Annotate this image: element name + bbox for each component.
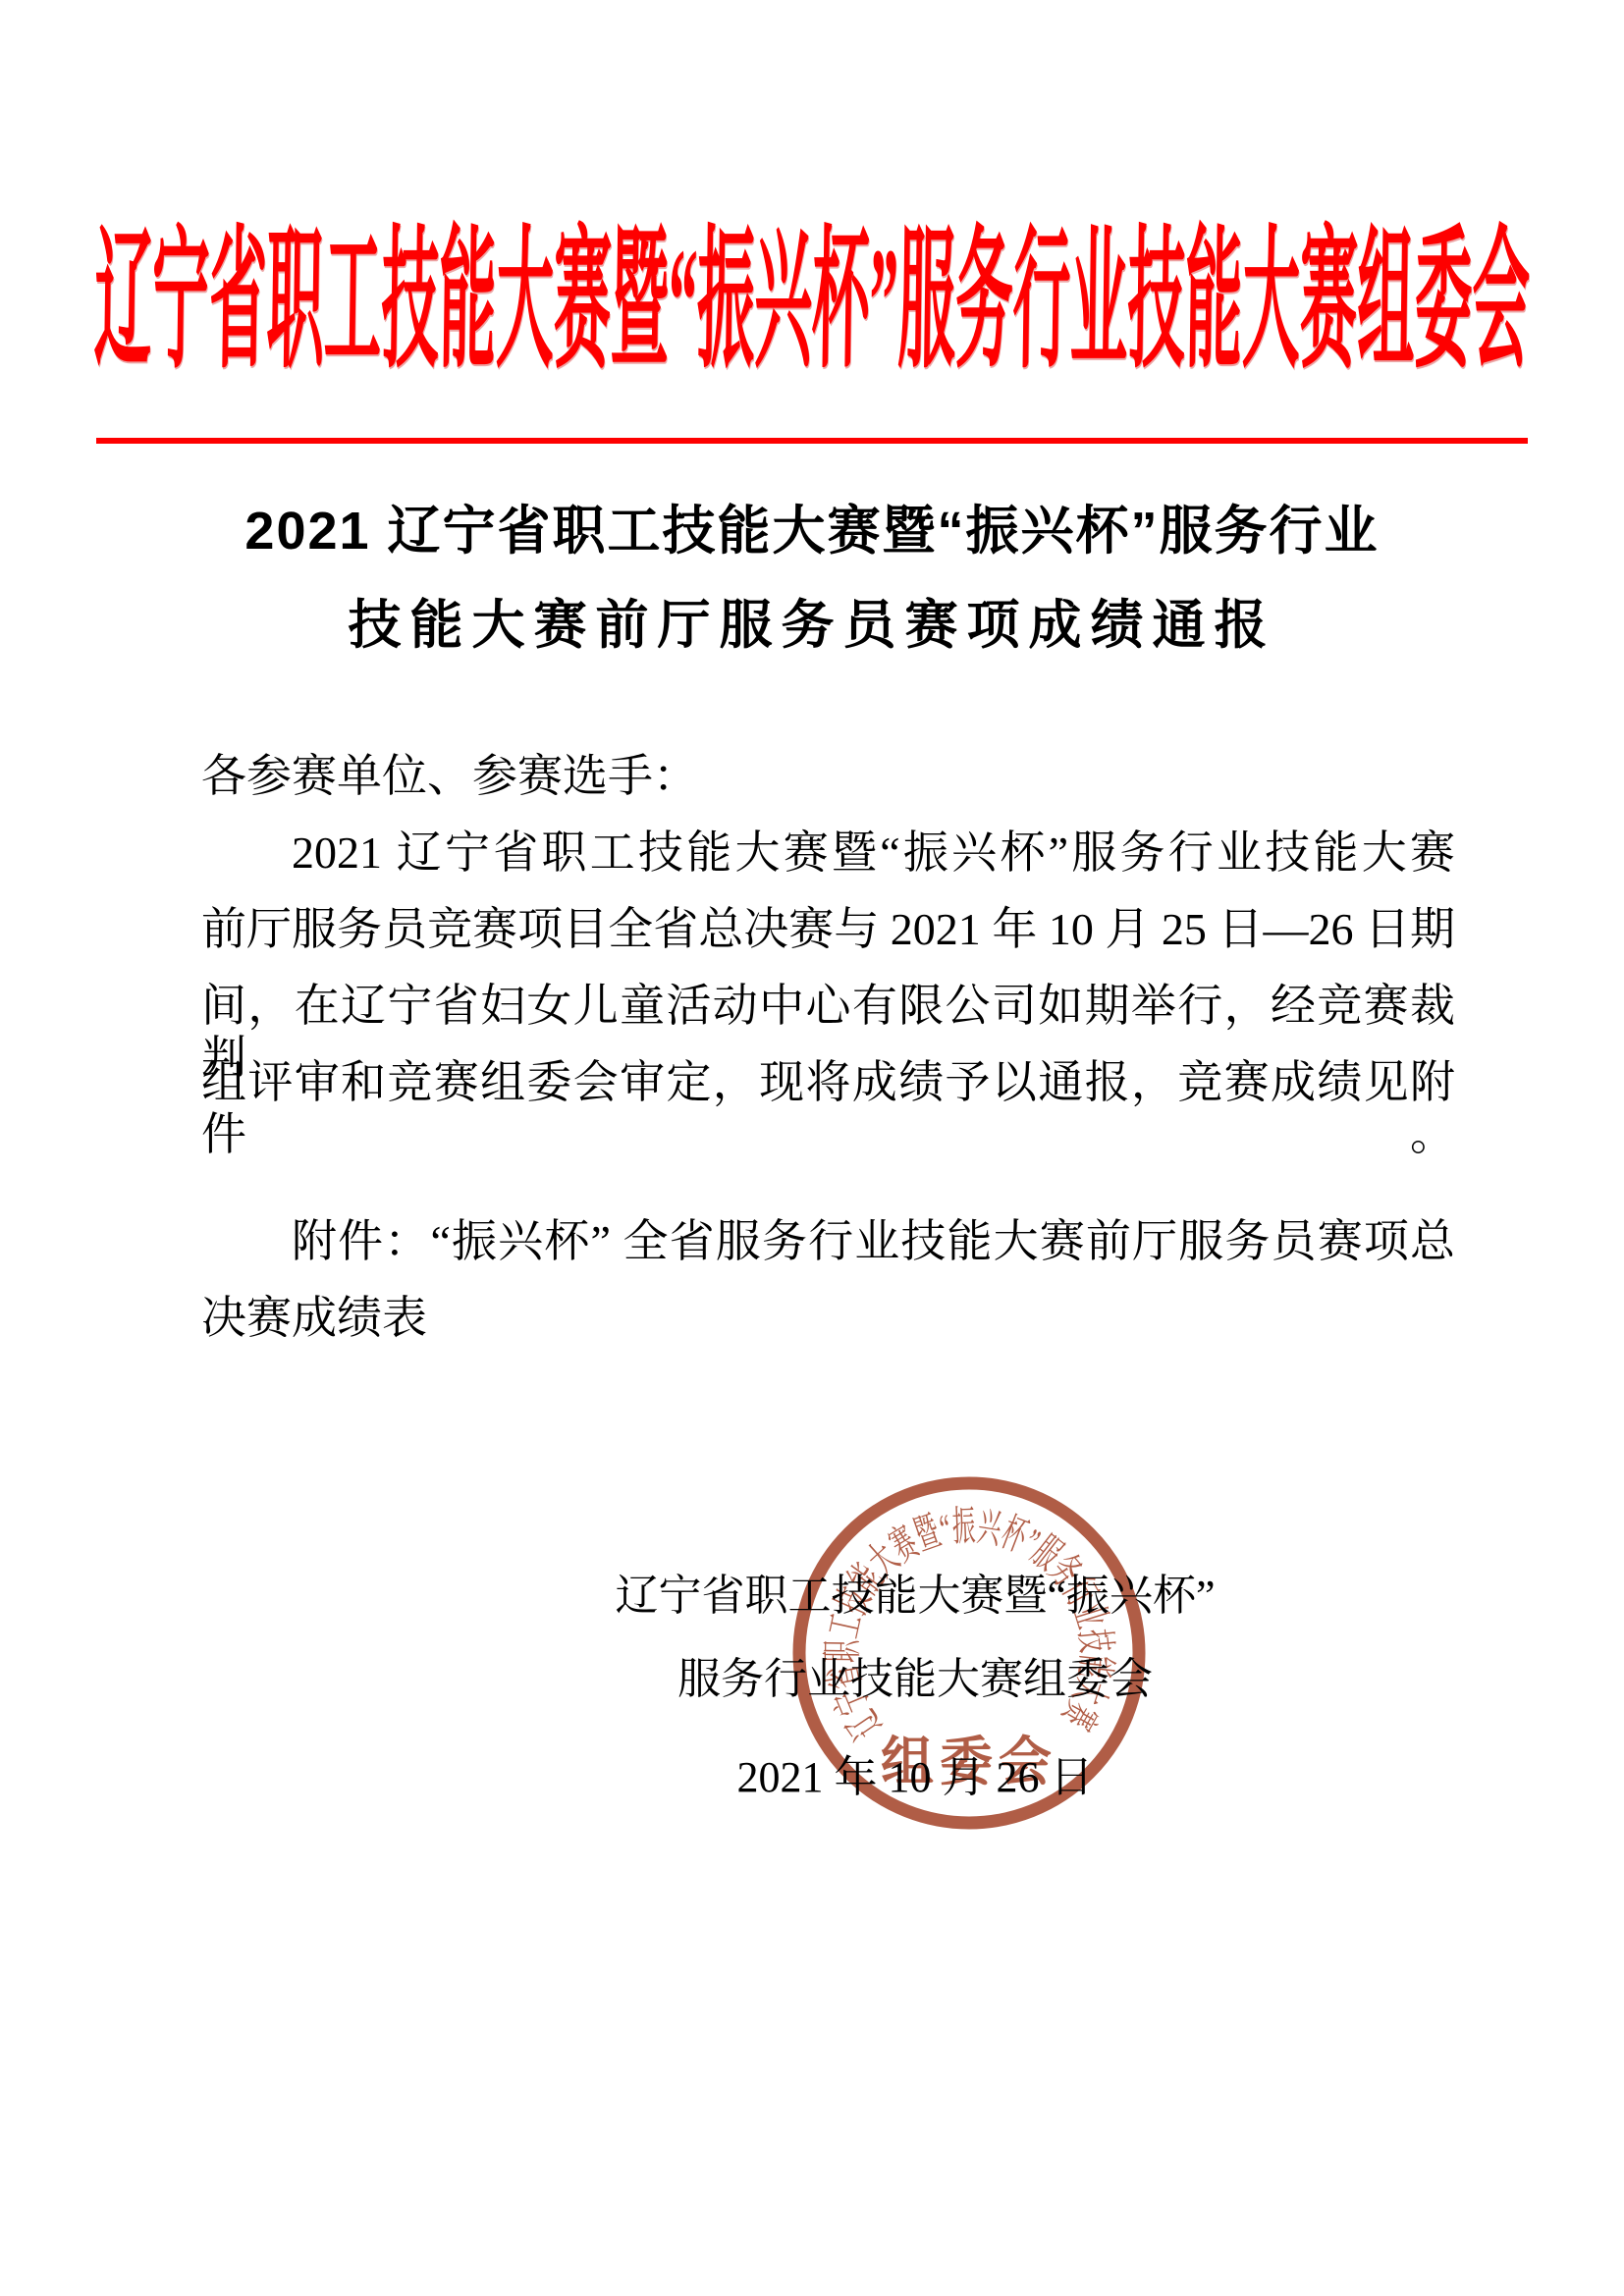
- doc-title-line2: 技能大赛前厅服务员赛项成绩通报: [0, 599, 1624, 652]
- letterhead-divider-rule: [96, 438, 1528, 444]
- document-page: 辽宁省职工技能大赛暨“振兴杯”服务行业技能大赛组委会 2021 辽宁省职工技能大…: [0, 0, 1624, 2296]
- official-seal: 辽宁省职工技能大赛暨“振兴杯”服务行业技能大赛 组委会: [766, 1448, 1188, 1860]
- attachment-line: 决赛成绩表: [201, 1293, 1455, 1354]
- paragraph-line: 2021 辽宁省职工技能大赛暨“振兴杯”服务行业技能大赛: [201, 828, 1455, 888]
- seal-ring-text-holder: 辽宁省职工技能大赛暨“振兴杯”服务行业技能大赛: [821, 1505, 1119, 1746]
- letterhead-org-name: 辽宁省职工技能大赛暨“振兴杯”服务行业技能大赛组委会: [93, 226, 1531, 379]
- paragraph-line: 前厅服务员竞赛项目全省总决赛与 2021 年 10 月 25 日—26 日期: [201, 904, 1455, 965]
- seal-ring-text: 辽宁省职工技能大赛暨“振兴杯”服务行业技能大赛: [821, 1505, 1119, 1746]
- doc-title-line1: 2021 辽宁省职工技能大赛暨“振兴杯”服务行业: [0, 505, 1624, 558]
- paragraph-line: 组评审和竞赛组委会审定，现将成绩予以通报，竞赛成绩见附件。: [201, 1057, 1455, 1118]
- attachment-line: 附件：“振兴杯” 全省服务行业技能大赛前厅服务员赛项总: [201, 1216, 1455, 1277]
- letterhead: 辽宁省职工技能大赛暨“振兴杯”服务行业技能大赛组委会: [0, 214, 1624, 391]
- salutation-line: 各参赛单位、参赛选手：: [201, 751, 1455, 812]
- paragraph-line: 间，在辽宁省妇女儿童活动中心有限公司如期举行，经竞赛裁判: [201, 981, 1455, 1041]
- seal-center-text: 组委会: [881, 1733, 1057, 1791]
